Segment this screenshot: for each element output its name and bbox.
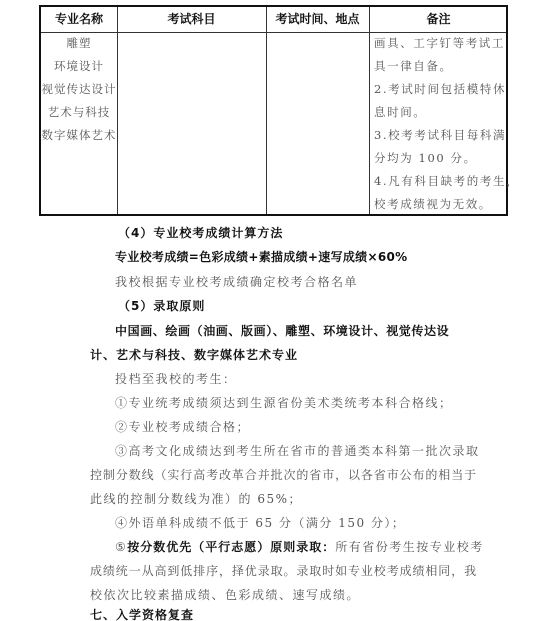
major-item: 雕塑 [41, 32, 117, 55]
majors-list: 雕塑 环境设计 视觉传达设计 艺术与科技 数字媒体艺术 [41, 32, 117, 147]
remark-line: 3.校考考试科目每科满 [374, 124, 508, 147]
rule-4: ④外语单科成绩不低于 65 分（满分 150 分）； [115, 514, 405, 531]
major-item: 数字媒体艺术 [41, 124, 117, 147]
major-item: 环境设计 [41, 55, 117, 78]
column-divider [266, 7, 267, 214]
column-divider [117, 7, 118, 214]
rule-5-line-2: 成绩统一从高到低排序，择优录取。录取时如专业校考成绩相同，我 [90, 562, 477, 579]
score-formula: 专业校考成绩=色彩成绩+素描成绩+速写成绩×60% [115, 248, 407, 265]
rule-5-text: 所有省份考生按专业校考 [335, 540, 484, 554]
remark-line: 息时间。 [374, 101, 508, 124]
admission-intro: 投档至我校的考生： [115, 370, 237, 387]
header-remarks: 备注 [369, 7, 508, 32]
section4-heading: （4）专业校考成绩计算方法 [118, 224, 283, 241]
qualification-note: 我校根据专业校考成绩确定校考合格名单 [115, 273, 358, 290]
header-exam-subjects: 考试科目 [117, 7, 266, 32]
rule-2: ②专业校考成绩合格； [115, 418, 250, 435]
major-item: 视觉传达设计 [41, 78, 117, 101]
remark-line: 具一律自备。 [374, 55, 508, 78]
rule-5-line-1: ⑤按分数优先（平行志愿）原则录取：所有省份考生按专业校考 [115, 538, 484, 555]
exam-table: 专业名称 考试科目 考试时间、地点 备注 雕塑 环境设计 视觉传达设计 艺术与科… [39, 5, 508, 216]
rule-3-line-1: ③高考文化成绩达到考生所在省市的普通类本科第一批次录取 [115, 442, 480, 459]
section7-heading: 七、入学资格复查 [90, 606, 194, 621]
section5-heading: （5）录取原则 [118, 297, 205, 314]
rule-5-line-3: 校依次比较素描成绩、色彩成绩、速写成绩。 [90, 586, 360, 603]
rule-5-number: ⑤ [115, 540, 127, 554]
remark-line: 校考成绩视为无效。 [374, 193, 508, 216]
remark-line: 4.凡有科目缺考的考生， [374, 170, 508, 193]
rule-3-line-2: 控制分数线（实行高考改革合并批次的省市，以各省市公布的相当于 [90, 466, 477, 483]
major-item: 艺术与科技 [41, 101, 117, 124]
column-divider [369, 7, 370, 214]
rule-5-title: 按分数优先（平行志愿）原则录取： [127, 540, 335, 554]
remark-line: 分均为 100 分。 [374, 147, 508, 170]
remark-line: 画具、工字钉等考试工 [374, 32, 508, 55]
majors-line-2: 计、艺术与科技、数字媒体艺术专业 [90, 346, 298, 363]
majors-line-1: 中国画、绘画（油画、版画）、雕塑、环境设计、视觉传达设 [115, 322, 449, 339]
header-major-name: 专业名称 [41, 7, 117, 32]
remark-line: 2.考试时间包括模特休 [374, 78, 508, 101]
remarks-cell: 画具、工字钉等考试工 具一律自备。 2.考试时间包括模特休 息时间。 3.校考考… [374, 32, 508, 216]
rule-3-line-3: 此线的控制分数线为准）的 65%； [90, 490, 302, 507]
rule-1: ①专业统考成绩须达到生源省份美术类统考本科合格线； [115, 394, 453, 411]
header-exam-time-place: 考试时间、地点 [266, 7, 369, 32]
